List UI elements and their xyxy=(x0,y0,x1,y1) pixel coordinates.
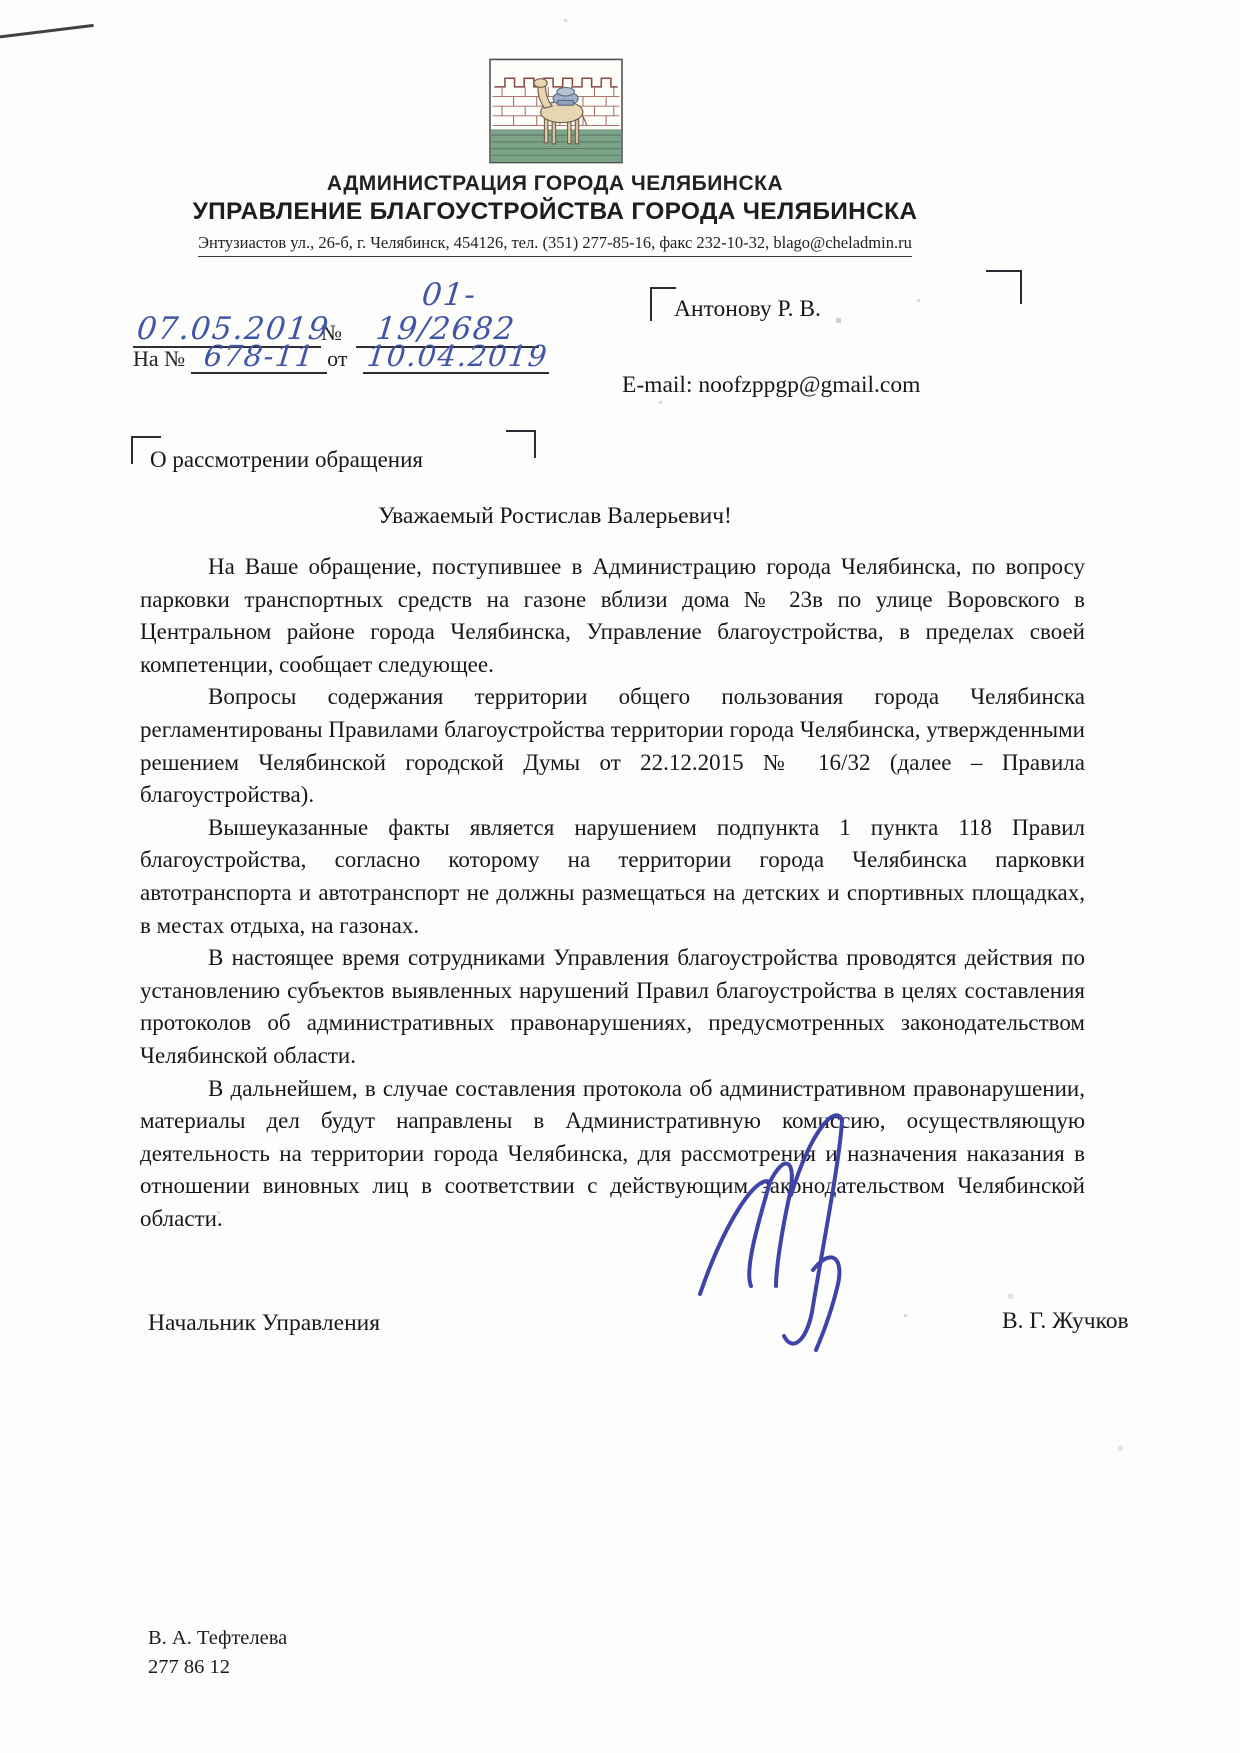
signer-name: В. Г. Жучков xyxy=(1002,1308,1129,1335)
reply-from-label: от xyxy=(327,346,353,374)
body-paragraph: В настоящее время сотрудниками Управлени… xyxy=(140,942,1085,1072)
handwritten-incoming-number: 678-11 xyxy=(202,340,316,372)
org-name-line1: АДМИНИСТРАЦИЯ ГОРОДА ЧЕЛЯБИНСКА xyxy=(0,172,1110,196)
recipient-email: E-mail: noofzppgp@gmail.com xyxy=(622,372,920,399)
coat-of-arms-camel-icon xyxy=(488,58,624,164)
scan-edge-artifact xyxy=(0,24,94,39)
subject-line: О рассмотрении обращения xyxy=(150,447,423,473)
scanned-letter-page: АДМИНИСТРАЦИЯ ГОРОДА ЧЕЛЯБИНСКА УПРАВЛЕН… xyxy=(0,0,1240,1753)
subject-right-corner-bracket xyxy=(506,430,536,458)
recipient-corner-bracket xyxy=(650,287,676,321)
top-right-corner-bracket xyxy=(986,270,1022,304)
executor-name: В. А. Тефтелева xyxy=(148,1627,287,1650)
salutation-line: Уважаемый Ростислав Валерьевич! xyxy=(0,503,1110,530)
body-paragraph: На Ваше обращение, поступившее в Админис… xyxy=(140,551,1085,681)
signer-position: Начальник Управления xyxy=(148,1310,380,1337)
org-name-line2: УПРАВЛЕНИЕ БЛАГОУСТРОЙСТВА ГОРОДА ЧЕЛЯБИ… xyxy=(0,198,1110,226)
body-paragraph: Вышеуказанные факты является нарушением … xyxy=(140,812,1085,942)
reply-prefix-label: На № xyxy=(133,346,191,374)
outgoing-number-field: 01-19/2682 xyxy=(356,278,539,348)
reference-row-incoming: На № 678-11 от 10.04.2019 xyxy=(133,340,549,374)
scan-speckles xyxy=(0,0,1,1)
body-paragraph: Вопросы содержания территории общего пол… xyxy=(140,681,1085,811)
body-paragraph: В дальнейшем, в случае составления прото… xyxy=(140,1073,1085,1236)
handwritten-signature-icon xyxy=(672,1098,942,1368)
handwritten-outgoing-number: 01-19/2682 xyxy=(356,278,538,346)
executor-phone: 277 86 12 xyxy=(148,1656,230,1679)
org-address-text: Энтузиастов ул., 26-б, г. Челябинск, 454… xyxy=(198,233,912,257)
org-address-line: Энтузиастов ул., 26-б, г. Челябинск, 454… xyxy=(0,233,1110,257)
incoming-date-field: 10.04.2019 xyxy=(363,340,549,374)
reference-row-outgoing: 07.05.2019 № 01-19/2682 xyxy=(133,278,539,348)
incoming-number-field: 678-11 xyxy=(191,340,327,374)
letter-body: На Ваше обращение, поступившее в Админис… xyxy=(140,551,1085,1235)
recipient-name: Антонову Р. В. xyxy=(674,296,821,323)
handwritten-incoming-date: 10.04.2019 xyxy=(366,340,550,372)
